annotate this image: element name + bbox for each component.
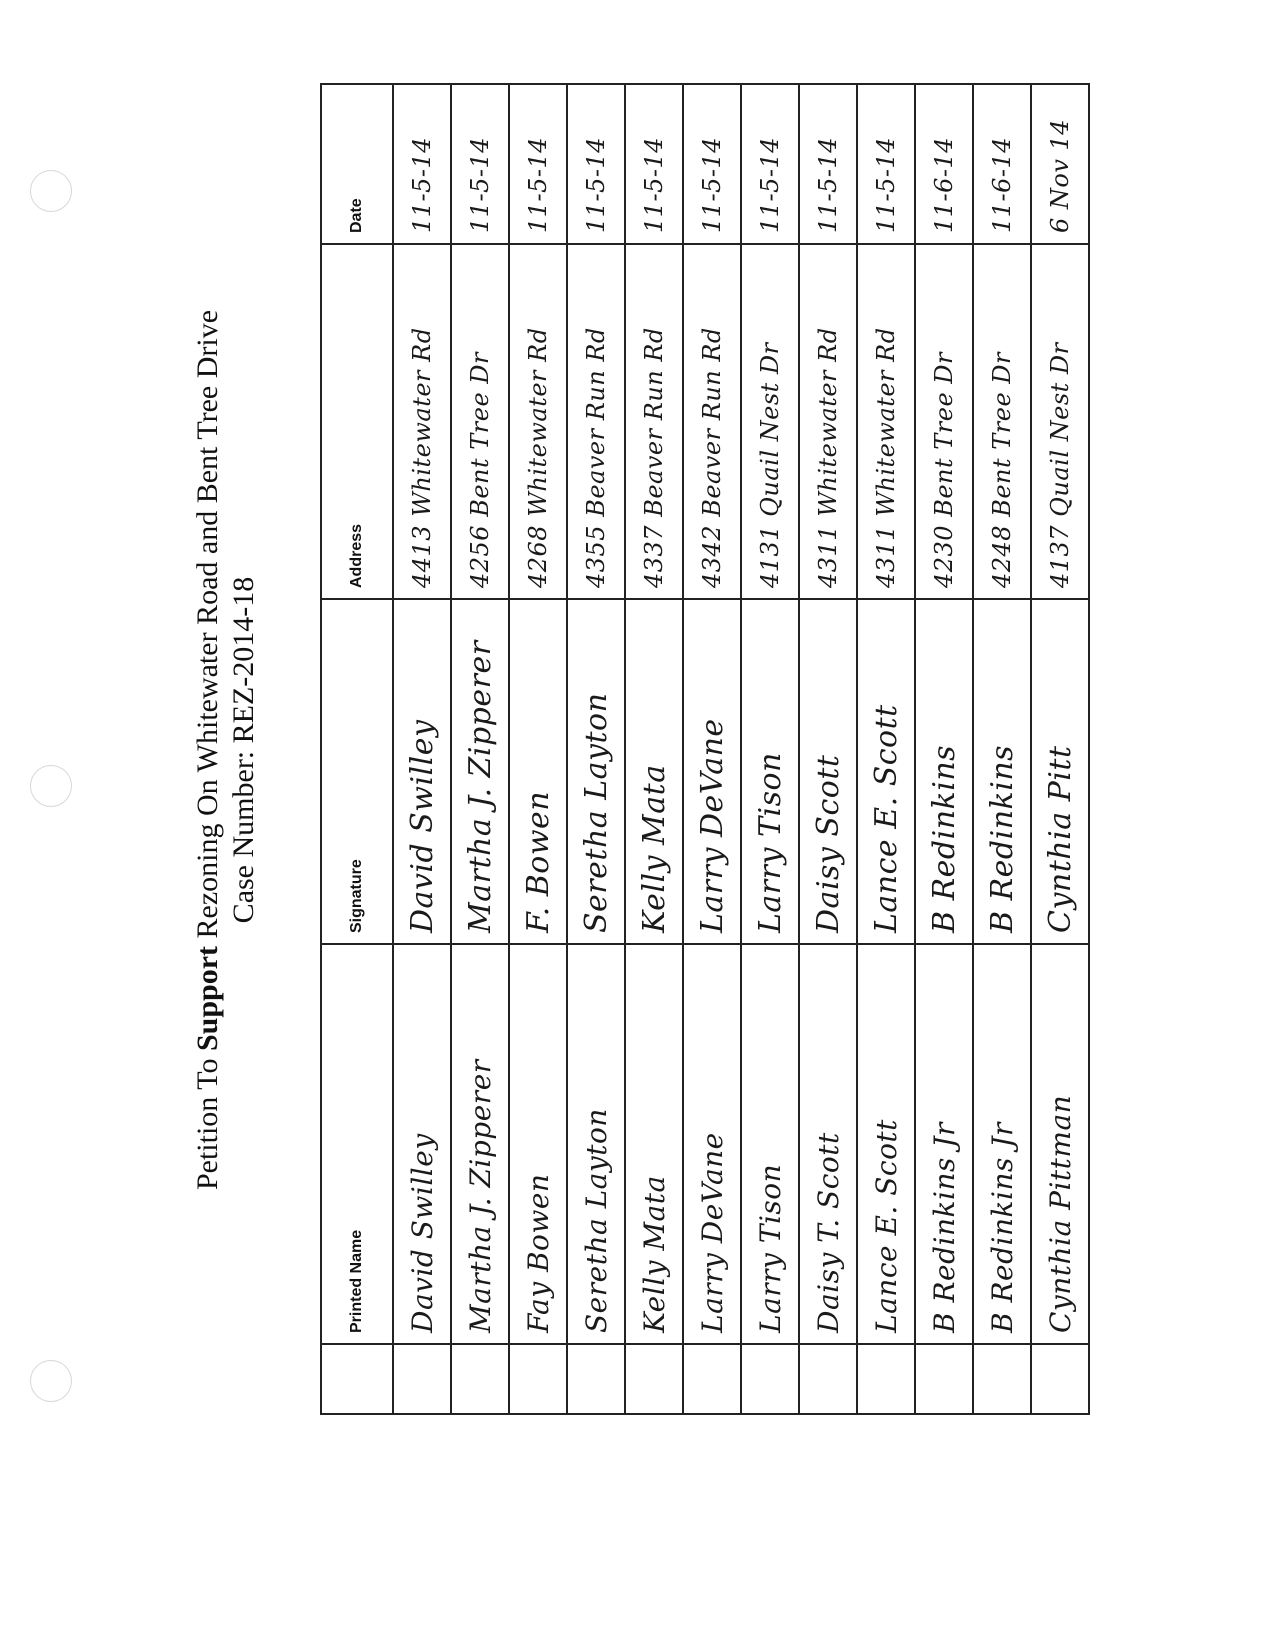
signature-text: Daisy Scott (811, 755, 846, 933)
address-cell: 4137 Quail Nest Dr (1031, 244, 1089, 599)
date-cell: 11-6-14 (915, 84, 973, 244)
printed-name-cell: Kelly Mata (625, 944, 683, 1344)
date-cell: 11-5-14 (857, 84, 915, 244)
address-text: 4413 Whitewater Rd (408, 327, 436, 588)
signature-text: B Redinkins (985, 745, 1020, 933)
date-text: 11-6-14 (930, 137, 958, 233)
printed-name-cell: Daisy T. Scott (799, 944, 857, 1344)
printed-name-cell: Lance E. Scott (857, 944, 915, 1344)
address-cell: 4311 Whitewater Rd (799, 244, 857, 599)
signature-cell: B Redinkins (973, 599, 1031, 944)
printed-name-cell: Larry DeVane (683, 944, 741, 1344)
date-cell: 11-5-14 (567, 84, 625, 244)
row-number-cell (625, 1344, 683, 1414)
signature-cell: David Swilley (393, 599, 451, 944)
address-text: 4137 Quail Nest Dr (1046, 342, 1074, 588)
printed-name-text: Lance E. Scott (870, 1119, 903, 1333)
table-row: David SwilleyDavid Swilley4413 Whitewate… (393, 84, 451, 1414)
signature-cell: Kelly Mata (625, 599, 683, 944)
table-body: David SwilleyDavid Swilley4413 Whitewate… (393, 84, 1089, 1414)
signature-text: Kelly Mata (637, 764, 672, 933)
printed-name-cell: Cynthia Pittman (1031, 944, 1089, 1344)
signature-cell: Martha J. Zipperer (451, 599, 509, 944)
address-cell: 4413 Whitewater Rd (393, 244, 451, 599)
address-cell: 4256 Bent Tree Dr (451, 244, 509, 599)
printed-name-text: Fay Bowen (522, 1174, 555, 1333)
address-cell: 4268 Whitewater Rd (509, 244, 567, 599)
address-cell: 4342 Beaver Run Rd (683, 244, 741, 599)
printed-name-text: David Swilley (406, 1133, 439, 1333)
header-signature: Signature (321, 599, 393, 944)
signature-cell: Seretha Layton (567, 599, 625, 944)
table-row: Fay BowenF. Bowen4268 Whitewater Rd11-5-… (509, 84, 567, 1414)
row-number-cell (857, 1344, 915, 1414)
signature-text: B Redinkins (927, 745, 962, 933)
table-row: B Redinkins JrB Redinkins4230 Bent Tree … (915, 84, 973, 1414)
signature-text: F. Bowen (521, 791, 556, 933)
date-cell: 11-5-14 (625, 84, 683, 244)
date-text: 11-5-14 (408, 137, 436, 233)
address-text: 4131 Quail Nest Dr (756, 342, 784, 588)
date-cell: 11-5-14 (509, 84, 567, 244)
signature-cell: F. Bowen (509, 599, 567, 944)
date-text: 11-5-14 (640, 137, 668, 233)
signature-text: Seretha Layton (579, 693, 614, 933)
row-number-cell (741, 1344, 799, 1414)
table-row: Lance E. ScottLance E. Scott4311 Whitewa… (857, 84, 915, 1414)
printed-name-cell: Larry Tison (741, 944, 799, 1344)
signature-cell: Lance E. Scott (857, 599, 915, 944)
date-text: 11-5-14 (582, 137, 610, 233)
address-cell: 4355 Beaver Run Rd (567, 244, 625, 599)
signature-cell: Larry Tison (741, 599, 799, 944)
date-cell: 11-5-14 (683, 84, 741, 244)
printed-name-text: Martha J. Zipperer (464, 1059, 497, 1333)
printed-name-text: Kelly Mata (638, 1175, 671, 1333)
case-number: Case Number: REZ-2014-18 (226, 85, 262, 1415)
table-row: Cynthia PittmanCynthia Pitt4137 Quail Ne… (1031, 84, 1089, 1414)
address-cell: 4230 Bent Tree Dr (915, 244, 973, 599)
signature-cell: B Redinkins (915, 599, 973, 944)
row-number-cell (567, 1344, 625, 1414)
date-text: 11-5-14 (756, 137, 784, 233)
address-text: 4230 Bent Tree Dr (930, 352, 958, 588)
signature-text: Larry DeVane (695, 718, 730, 933)
date-text: 6 Nov 14 (1046, 119, 1074, 233)
table-row: Larry TisonLarry Tison4131 Quail Nest Dr… (741, 84, 799, 1414)
address-cell: 4311 Whitewater Rd (857, 244, 915, 599)
date-text: 11-6-14 (988, 137, 1016, 233)
row-number-cell (799, 1344, 857, 1414)
title-block: Petition To Support Rezoning On Whitewat… (190, 85, 320, 1415)
address-text: 4311 Whitewater Rd (814, 327, 842, 588)
address-cell: 4337 Beaver Run Rd (625, 244, 683, 599)
table-row: Daisy T. ScottDaisy Scott4311 Whitewater… (799, 84, 857, 1414)
signature-text: Lance E. Scott (869, 704, 904, 933)
address-cell: 4248 Bent Tree Dr (973, 244, 1031, 599)
printed-name-cell: David Swilley (393, 944, 451, 1344)
address-text: 4337 Beaver Run Rd (640, 327, 668, 588)
table-row: Kelly MataKelly Mata4337 Beaver Run Rd11… (625, 84, 683, 1414)
signature-cell: Cynthia Pitt (1031, 599, 1089, 944)
address-text: 4311 Whitewater Rd (872, 327, 900, 588)
punch-hole (30, 765, 72, 807)
date-text: 11-5-14 (524, 137, 552, 233)
date-cell: 11-5-14 (741, 84, 799, 244)
date-cell: 11-6-14 (973, 84, 1031, 244)
printed-name-text: B Redinkins Jr (986, 1122, 1019, 1333)
printed-name-text: B Redinkins Jr (928, 1122, 961, 1333)
document-title: Petition To Support Rezoning On Whitewat… (190, 85, 226, 1415)
address-text: 4268 Whitewater Rd (524, 327, 552, 588)
address-text: 4248 Bent Tree Dr (988, 352, 1016, 588)
date-text: 11-5-14 (466, 137, 494, 233)
address-text: 4342 Beaver Run Rd (698, 327, 726, 588)
printed-name-text: Larry DeVane (696, 1132, 729, 1333)
printed-name-text: Larry Tison (754, 1164, 787, 1333)
date-text: 11-5-14 (872, 137, 900, 233)
header-date: Date (321, 84, 393, 244)
printed-name-text: Seretha Layton (580, 1108, 613, 1333)
row-number-cell (683, 1344, 741, 1414)
header-address: Address (321, 244, 393, 599)
row-number-cell (973, 1344, 1031, 1414)
header-row-number (321, 1344, 393, 1414)
petition-table: Printed Name Signature Address Date Davi… (320, 83, 1090, 1415)
punch-hole (30, 1360, 72, 1402)
signature-cell: Daisy Scott (799, 599, 857, 944)
address-text: 4355 Beaver Run Rd (582, 327, 610, 588)
signature-cell: Larry DeVane (683, 599, 741, 944)
row-number-cell (451, 1344, 509, 1414)
printed-name-cell: Fay Bowen (509, 944, 567, 1344)
row-number-cell (1031, 1344, 1089, 1414)
printed-name-text: Daisy T. Scott (812, 1132, 845, 1333)
signature-text: Cynthia Pitt (1043, 745, 1078, 933)
address-cell: 4131 Quail Nest Dr (741, 244, 799, 599)
date-cell: 6 Nov 14 (1031, 84, 1089, 244)
petition-sheet: Petition To Support Rezoning On Whitewat… (190, 85, 1090, 1415)
row-number-cell (509, 1344, 567, 1414)
punch-hole (30, 170, 72, 212)
address-text: 4256 Bent Tree Dr (466, 352, 494, 588)
table-row: B Redinkins JrB Redinkins4248 Bent Tree … (973, 84, 1031, 1414)
date-cell: 11-5-14 (393, 84, 451, 244)
date-text: 11-5-14 (814, 137, 842, 233)
row-number-cell (915, 1344, 973, 1414)
table-row: Larry DeVaneLarry DeVane4342 Beaver Run … (683, 84, 741, 1414)
table-row: Seretha LaytonSeretha Layton4355 Beaver … (567, 84, 625, 1414)
printed-name-cell: Seretha Layton (567, 944, 625, 1344)
signature-text: David Swilley (405, 720, 440, 933)
printed-name-cell: B Redinkins Jr (973, 944, 1031, 1344)
date-text: 11-5-14 (698, 137, 726, 233)
date-cell: 11-5-14 (451, 84, 509, 244)
row-number-cell (393, 1344, 451, 1414)
printed-name-cell: B Redinkins Jr (915, 944, 973, 1344)
table-row: Martha J. ZippererMartha J. Zipperer4256… (451, 84, 509, 1414)
printed-name-cell: Martha J. Zipperer (451, 944, 509, 1344)
table-header-row: Printed Name Signature Address Date (321, 84, 393, 1414)
header-printed-name: Printed Name (321, 944, 393, 1344)
signature-text: Larry Tison (753, 752, 788, 933)
signature-text: Martha J. Zipperer (463, 640, 498, 933)
printed-name-text: Cynthia Pittman (1044, 1095, 1077, 1333)
date-cell: 11-5-14 (799, 84, 857, 244)
